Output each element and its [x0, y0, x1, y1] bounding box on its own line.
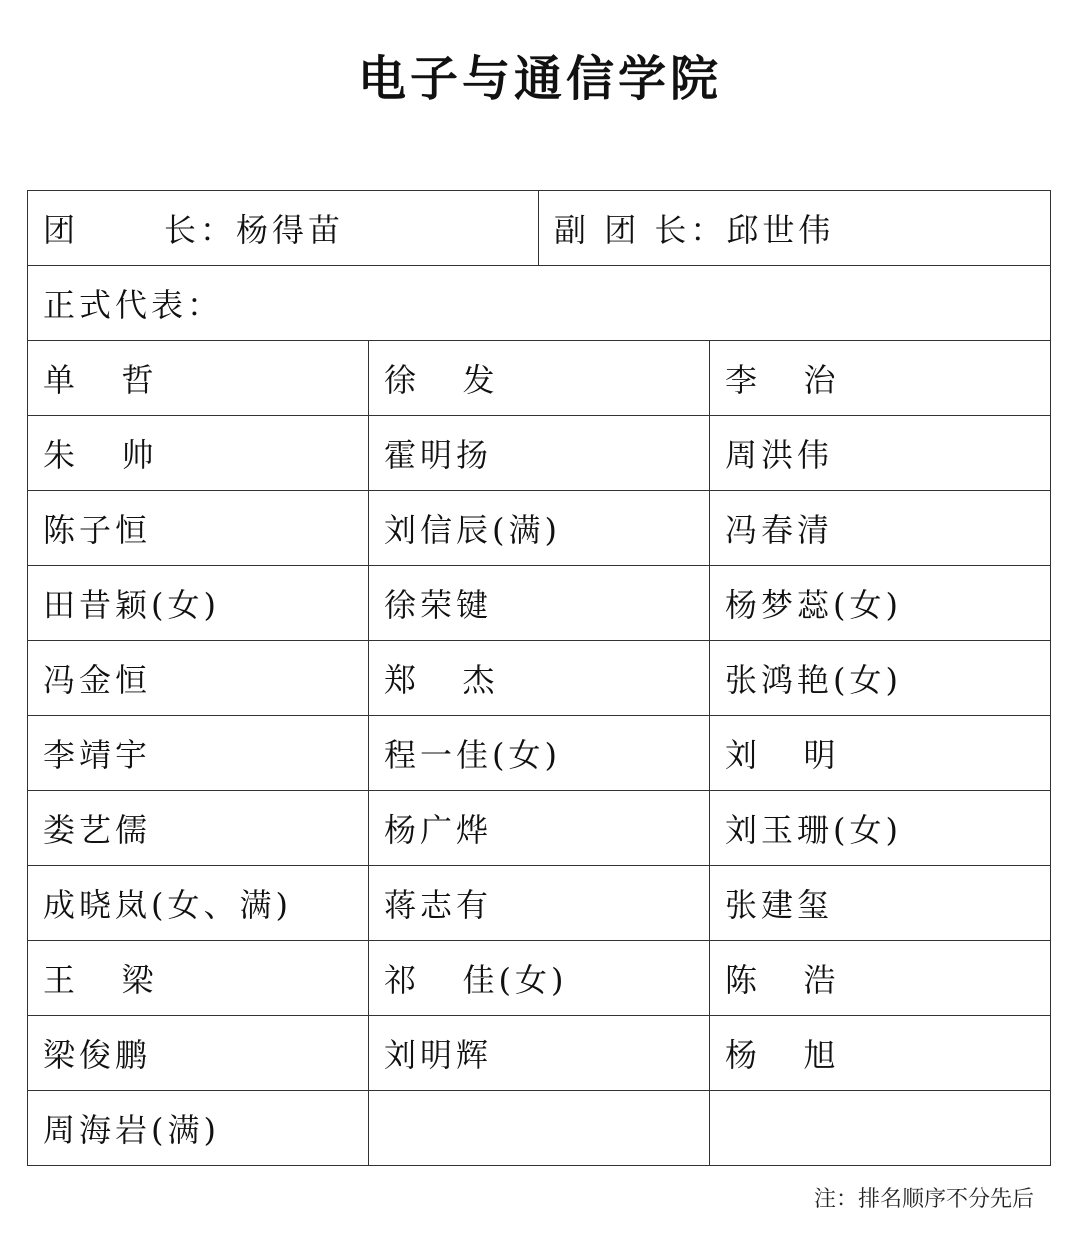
delegate-name-cell: 李靖宇 [28, 716, 369, 791]
delegate-name-cell: 刘 明 [710, 716, 1051, 791]
table-row: 成晓岚(女、满)蒋志有张建玺 [28, 866, 1051, 941]
delegate-name-cell: 祁 佳(女) [369, 941, 710, 1016]
table-row: 冯金恒郑 杰张鸿艳(女) [28, 641, 1051, 716]
leader-cell: 团 长：杨得苗 [28, 191, 539, 266]
leadership-row: 团 长：杨得苗 副 团 长：邱世伟 [28, 191, 1051, 266]
table-row: 田昔颖(女)徐荣键杨梦蕊(女) [28, 566, 1051, 641]
delegate-name-cell: 徐 发 [369, 341, 710, 416]
delegate-name-cell [369, 1091, 710, 1166]
delegate-name-cell: 张鸿艳(女) [710, 641, 1051, 716]
delegate-name-cell: 霍明扬 [369, 416, 710, 491]
table-row: 单 哲徐 发李 治 [28, 341, 1051, 416]
delegate-name-cell [710, 1091, 1051, 1166]
delegate-name-cell: 陈 浩 [710, 941, 1051, 1016]
table-row: 李靖宇程一佳(女)刘 明 [28, 716, 1051, 791]
table-row: 陈子恒刘信辰(满)冯春清 [28, 491, 1051, 566]
delegate-name-cell: 娄艺儒 [28, 791, 369, 866]
table-row: 朱 帅霍明扬周洪伟 [28, 416, 1051, 491]
delegate-name-cell: 成晓岚(女、满) [28, 866, 369, 941]
delegate-name-cell: 杨广烨 [369, 791, 710, 866]
delegate-name-cell: 刘玉珊(女) [710, 791, 1051, 866]
ordering-note: 注：排名顺序不分先后 [814, 1182, 1034, 1213]
delegate-name-cell: 王 梁 [28, 941, 369, 1016]
delegate-name-cell: 徐荣键 [369, 566, 710, 641]
delegate-name-cell: 陈子恒 [28, 491, 369, 566]
delegate-name-cell: 蒋志有 [369, 866, 710, 941]
delegate-name-cell: 刘明辉 [369, 1016, 710, 1091]
delegate-name-cell: 杨 旭 [710, 1016, 1051, 1091]
table-row: 梁俊鹏刘明辉杨 旭 [28, 1016, 1051, 1091]
section-label-row: 正式代表： [28, 266, 1051, 341]
delegate-name-cell: 张建玺 [710, 866, 1051, 941]
table-row: 王 梁祁 佳(女)陈 浩 [28, 941, 1051, 1016]
delegate-name-cell: 郑 杰 [369, 641, 710, 716]
formal-delegates-label: 正式代表： [28, 266, 1051, 341]
delegate-name-cell: 单 哲 [28, 341, 369, 416]
delegate-name-cell: 李 治 [710, 341, 1051, 416]
delegate-name-cell: 周海岩(满) [28, 1091, 369, 1166]
page-title: 电子与通信学院 [0, 44, 1080, 114]
delegate-name-cell: 周洪伟 [710, 416, 1051, 491]
table-row: 娄艺儒杨广烨刘玉珊(女) [28, 791, 1051, 866]
table-row: 周海岩(满) [28, 1091, 1051, 1166]
delegate-name-cell: 梁俊鹏 [28, 1016, 369, 1091]
delegate-name-cell: 程一佳(女) [369, 716, 710, 791]
delegation-table: 团 长：杨得苗 副 团 长：邱世伟 正式代表： 单 哲徐 发李 治朱 帅霍明扬周… [27, 190, 1051, 1166]
delegate-name-cell: 田昔颖(女) [28, 566, 369, 641]
delegate-name-cell: 杨梦蕊(女) [710, 566, 1051, 641]
delegate-name-cell: 冯春清 [710, 491, 1051, 566]
delegate-name-cell: 刘信辰(满) [369, 491, 710, 566]
delegate-name-cell: 朱 帅 [28, 416, 369, 491]
deputy-leader-cell: 副 团 长：邱世伟 [539, 191, 1051, 266]
delegate-name-cell: 冯金恒 [28, 641, 369, 716]
